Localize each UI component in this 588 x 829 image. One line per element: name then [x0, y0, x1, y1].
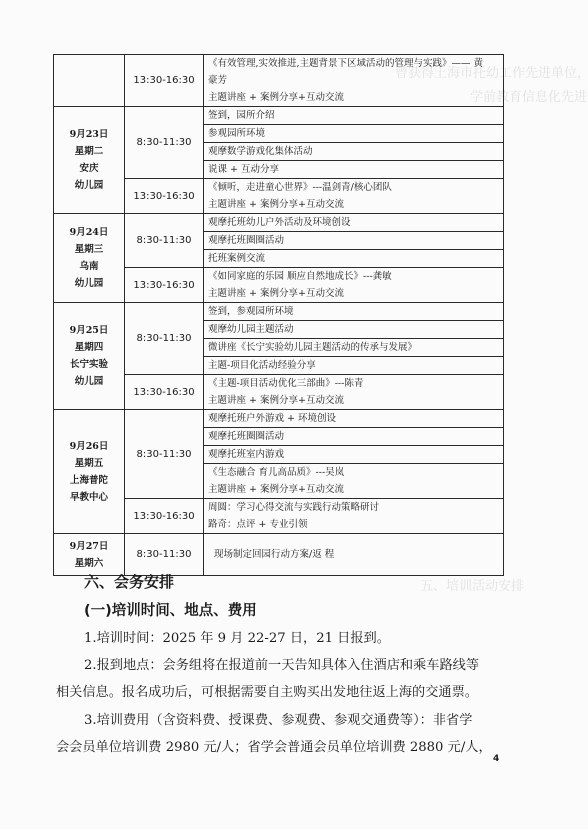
activity-line: 豪芳 [208, 72, 499, 89]
activity-line: 周圆：学习心得交流与实践行动策略研讨 [208, 499, 499, 516]
venue-label: 早教中心 [58, 489, 120, 506]
date-label: 9月24日 [58, 224, 120, 241]
venue-label: 幼儿园 [58, 177, 120, 194]
time-cell: 13:30-16:30 [125, 499, 204, 534]
activity-cell: 观摩托班室内游戏 [204, 446, 504, 464]
activity-cell: 微讲座《长宁实验幼儿园主题活动的传承与发展》 [204, 339, 504, 357]
venue-label: 幼儿园 [58, 373, 120, 390]
date-cell: 9月23日 星期二 安庆 幼儿园 [54, 107, 125, 214]
activity-line: 《倾听，走进童心世界》---温剑青/核心团队 [208, 179, 499, 196]
activity-line: 主题讲座 + 案例分享+互动交流 [208, 392, 499, 409]
activity-cell: 主题-项目化活动经验分享 [204, 357, 504, 375]
date-cell: 9月24日 星期三 乌南 幼儿园 [54, 214, 125, 303]
activity-cell: 《如同家庭的乐园 顺应自然地成长》---龚敏 主题讲座 + 案例分享+互动交流 [204, 268, 504, 303]
activity-cell: 托班案例交流 [204, 250, 504, 268]
date-label: 9月26日 [58, 438, 120, 455]
activity-cell: 观摩托班户外游戏 + 环境创设 [204, 410, 504, 428]
activity-line: 主题讲座 + 案例分享+互动交流 [208, 196, 499, 213]
time-cell: 13:30-16:30 [125, 179, 204, 214]
paragraph-line: 3.培训费用（含资料费、授课费、参观费、参观交通费等）：非省学 [84, 709, 472, 728]
section-subheading: (一)培训时间、地点、费用 [84, 599, 257, 620]
activity-cell: 《有效管理,实效推进,主题背景下区域活动的管理与实践》—— 黄 豪芳 主题讲座 … [204, 55, 504, 107]
date-label: 9月27日 [58, 538, 120, 555]
activity-line: 《生态融合 育儿高品质》---吴岚 [208, 464, 499, 481]
activity-cell: 观摩数学游戏化集体活动 [204, 143, 504, 161]
activity-cell: 观摩幼儿园主题活动 [204, 321, 504, 339]
date-cell: 9月25日 星期四 长宁实验 幼儿园 [54, 303, 125, 410]
activity-cell: 《倾听，走进童心世界》---温剑青/核心团队 主题讲座 + 案例分享+互动交流 [204, 179, 504, 214]
activity-line: 《有效管理,实效推进,主题背景下区域活动的管理与实践》—— 黄 [208, 55, 499, 72]
paragraph-line: 1.培训时间：2025 年 9 月 22-27 日，21 日报到。 [84, 627, 390, 646]
venue-label: 幼儿园 [58, 275, 120, 292]
weekday-label: 星期二 [58, 143, 120, 160]
weekday-label: 星期三 [58, 241, 120, 258]
time-cell: 8:30-11:30 [125, 534, 204, 576]
time-cell: 8:30-11:30 [125, 214, 204, 268]
page-number: 4 [493, 754, 499, 764]
time-cell: 13:30-16:30 [125, 268, 204, 303]
paragraph-line: 2.报到地点：会务组将在报道前一天告知具体入住酒店和乘车路线等 [84, 654, 479, 673]
date-cell: 9月26日 星期五 上海普陀 早教中心 [54, 410, 125, 534]
date-label: 9月23日 [58, 126, 120, 143]
activity-line: 主题讲座 + 案例分享+互动交流 [208, 285, 499, 302]
activity-line: 《主题-项目活动优化三部曲》---陈青 [208, 375, 499, 392]
activity-cell: 观摩托班圈圈活动 [204, 232, 504, 250]
activity-cell: 观摩托班圈圈活动 [204, 428, 504, 446]
time-cell: 8:30-11:30 [125, 107, 204, 179]
activity-line: 主题讲座 + 案例分享+互动交流 [208, 89, 499, 106]
time-cell: 13:30-16:30 [125, 375, 204, 410]
paragraph-line: 相关信息。报名成功后，可根据需要自主购买出发地往返上海的交通票。 [56, 681, 478, 700]
date-cell-empty [54, 55, 125, 107]
venue-label: 长宁实验 [58, 356, 120, 373]
paragraph-line: 会会员单位培训费 2980 元/人；省学会普通会员单位培训费 2880 元/人， [56, 736, 492, 755]
weekday-label: 星期六 [58, 555, 120, 572]
section-heading: 六、会务安排 [84, 571, 174, 592]
activity-cell: 观摩托班幼儿户外活动及环境创设 [204, 214, 504, 232]
activity-cell: 签到，参观园所环境 [204, 303, 504, 321]
activity-cell: 参观园所环境 [204, 125, 504, 143]
time-cell: 13:30-16:30 [125, 55, 204, 107]
activity-cell: 《主题-项目活动优化三部曲》---陈青 主题讲座 + 案例分享+互动交流 [204, 375, 504, 410]
activity-cell: 周圆：学习心得交流与实践行动策略研讨 路奇：点评 + 专业引领 [204, 499, 504, 534]
activity-cell: 《生态融合 育儿高品质》---吴岚 主题讲座 + 案例分享+互动交流 [204, 464, 504, 499]
weekday-label: 星期五 [58, 455, 120, 472]
venue-label: 上海普陀 [58, 472, 120, 489]
venue-label: 乌南 [58, 258, 120, 275]
weekday-label: 星期四 [58, 339, 120, 356]
activity-line: 《如同家庭的乐园 顺应自然地成长》---龚敏 [208, 268, 499, 285]
activity-cell: 签到，园所介绍 [204, 107, 504, 125]
schedule-table: 13:30-16:30 《有效管理,实效推进,主题背景下区域活动的管理与实践》—… [53, 54, 504, 576]
activity-cell: 说课 + 互动分享 [204, 161, 504, 179]
time-cell: 8:30-11:30 [125, 410, 204, 499]
activity-line: 主题讲座 + 案例分享+互动交流 [208, 481, 499, 498]
date-cell: 9月27日 星期六 [54, 534, 125, 576]
date-label: 9月25日 [58, 322, 120, 339]
bleed-text: 五、培训活动安排 [420, 575, 524, 594]
time-cell: 8:30-11:30 [125, 303, 204, 375]
activity-line: 路奇：点评 + 专业引领 [208, 516, 499, 533]
venue-label: 安庆 [58, 160, 120, 177]
activity-cell: 现场制定回园行动方案/返 程 [204, 534, 504, 576]
